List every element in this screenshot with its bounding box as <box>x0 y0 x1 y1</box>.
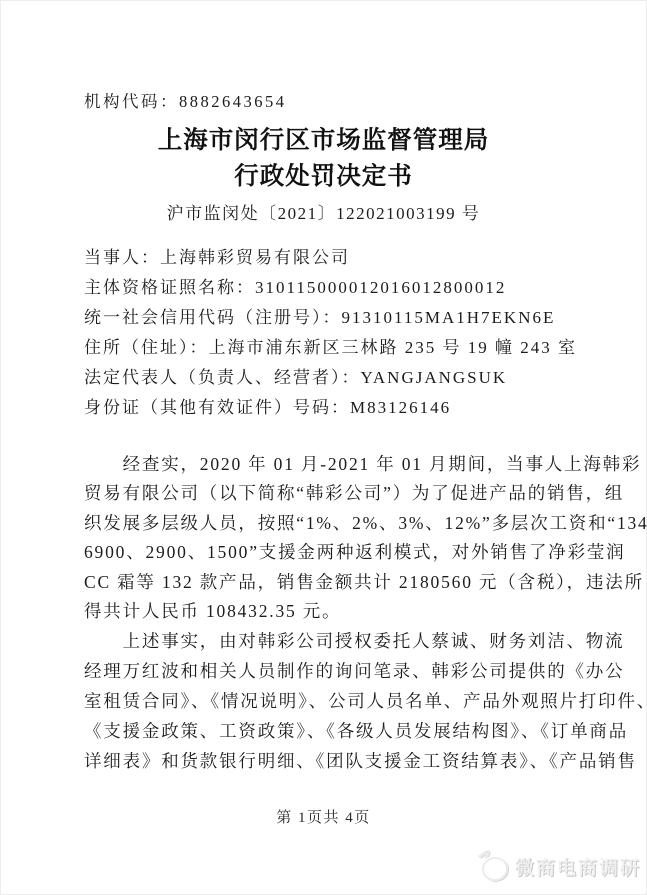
text-line: 当事人：上海韩彩贸易有限公司 <box>84 243 604 273</box>
page-number-footer: 第 1页共 4页 <box>0 806 647 827</box>
org-code-line: 机构代码：8882643654 <box>84 88 287 112</box>
watermark: 微商电商调研 <box>477 849 641 883</box>
text-line: 身份证（其他有效证件）号码：M83126146 <box>84 393 604 423</box>
document-title-block: 上海市闵行区市场监督管理局 行政处罚决定书 <box>0 123 647 195</box>
watermark-text: 微商电商调研 <box>515 853 641 880</box>
text-line: 主体资格证照名称：310115000012016012800012 <box>84 273 604 303</box>
penalty-decision-document-page: 机构代码：8882643654 上海市闵行区市场监督管理局 行政处罚决定书 沪市… <box>0 0 647 895</box>
document-type-title: 行政处罚决定书 <box>0 159 647 195</box>
body-paragraph-evidence: 上述事实，由对韩彩公司授权委托人蔡诚、财务刘洁、物流经理万红波和相关人员制作的询… <box>84 626 589 776</box>
party-info-section: 当事人：上海韩彩贸易有限公司主体资格证照名称：31011500001201601… <box>84 243 604 423</box>
text-line: 6900、2900、1500”支援金两种返利模式，对外销售了净彩莹润 <box>84 538 589 567</box>
text-line: 法定代表人（负责人、经营者）：YANGJANGSUK <box>84 363 604 393</box>
text-line: 织发展多层级人员，按照“1%、2%、3%、12%”多层次工资和“13400、 <box>84 509 589 538</box>
text-line: 上述事实，由对韩彩公司授权委托人蔡诚、财务刘洁、物流 <box>84 626 589 656</box>
text-line: CC 霜等 132 款产品，销售金额共计 2180560 元（含税），违法所 <box>84 568 589 597</box>
text-line: 得共计人民币 108432.35 元。 <box>84 597 589 626</box>
issuing-authority-title: 上海市闵行区市场监督管理局 <box>0 123 647 159</box>
text-line: 《支援金政策、工资政策》、《各级人员发展结构图》、《订单商品 <box>84 716 589 746</box>
text-line: 室租赁合同》、《情况说明》、公司人员名单、产品外观照片打印件、 <box>84 686 589 716</box>
body-paragraph-findings: 经查实，2020 年 01 月-2021 年 01 月期间，当事人上海韩彩贸易有… <box>84 450 589 626</box>
document-number: 沪市监闵处〔2021〕122021003199 号 <box>0 199 647 224</box>
text-line: 经理万红波和相关人员制作的询问笔录、韩彩公司提供的《办公 <box>84 656 589 686</box>
text-line: 统一社会信用代码（注册号）：91310115MA1H7EKN6E <box>84 303 604 333</box>
hand-circle-logo-icon <box>477 849 509 883</box>
text-line: 经查实，2020 年 01 月-2021 年 01 月期间，当事人上海韩彩 <box>84 450 589 479</box>
text-line: 贸易有限公司（以下简称“韩彩公司”）为了促进产品的销售，组 <box>84 479 589 508</box>
text-line: 详细表》和货款银行明细、《团队支援金工资结算表》、《产品销售 <box>84 746 589 776</box>
text-line: 住所（住址）：上海市浦东新区三林路 235 号 19 幢 243 室 <box>84 333 604 363</box>
